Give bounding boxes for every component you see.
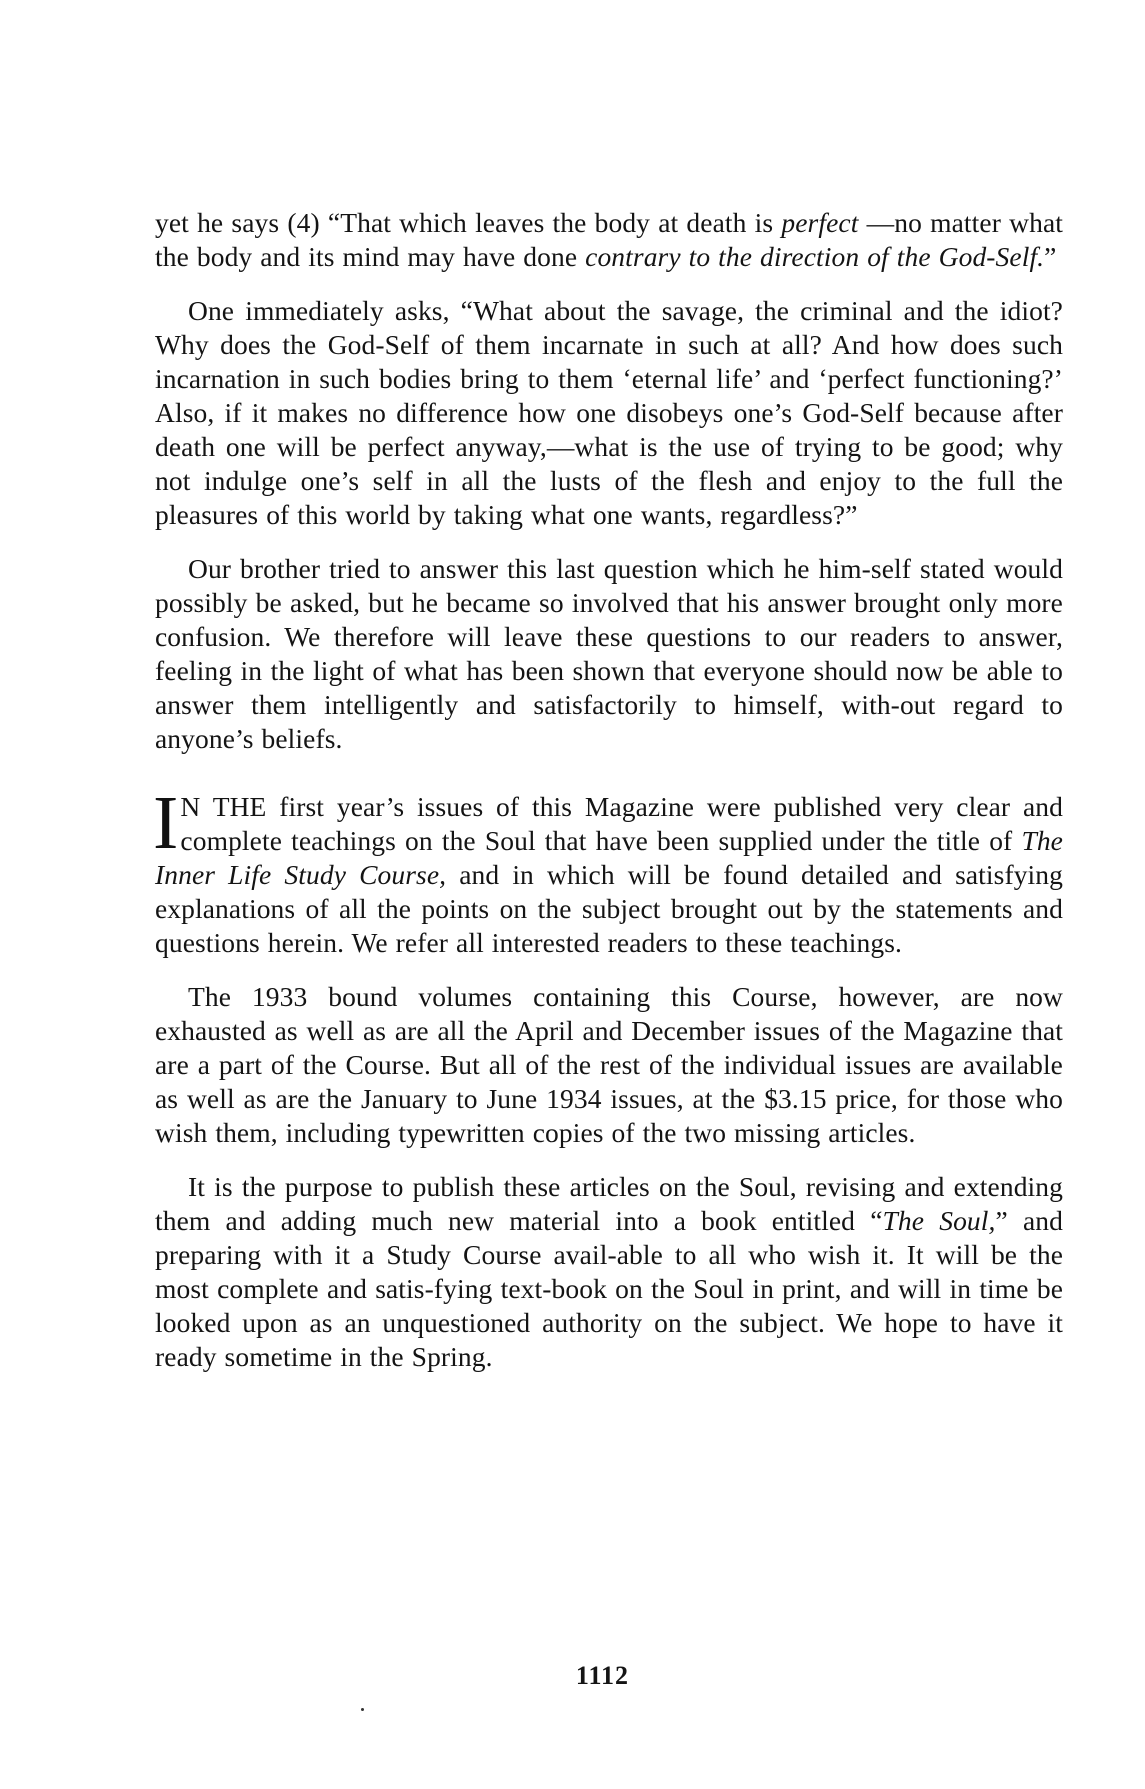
paragraph-continuation: yet he says (4) “That which leaves the b… <box>155 206 1063 274</box>
emphasis-text: perfect <box>781 207 858 238</box>
emphasis-text: contrary to the direction of the God-Sel… <box>585 241 1044 272</box>
paragraph-bound-volumes: The 1933 bound volumes containing this C… <box>155 980 1063 1150</box>
paragraph-section-intro: IN THE first year’s issues of this Magaz… <box>155 790 1063 960</box>
paragraph-brother-answer: Our brother tried to answer this last qu… <box>155 552 1063 756</box>
closing-quote: ” <box>1044 241 1056 272</box>
paragraph-questions: One immediately asks, “What about the sa… <box>155 294 1063 532</box>
paragraph-book-purpose: It is the purpose to publish these artic… <box>155 1170 1063 1374</box>
paragraph-text: N THE first year’s issues of this Magazi… <box>180 791 1063 856</box>
scan-speck <box>361 1708 364 1711</box>
page-number: 1112 <box>0 1661 1145 1691</box>
paragraph-text: yet he says (4) “That which leaves the b… <box>155 207 781 238</box>
drop-cap: I <box>153 793 178 855</box>
book-title: The Soul, <box>883 1205 996 1236</box>
document-page: yet he says (4) “That which leaves the b… <box>155 206 1063 1394</box>
